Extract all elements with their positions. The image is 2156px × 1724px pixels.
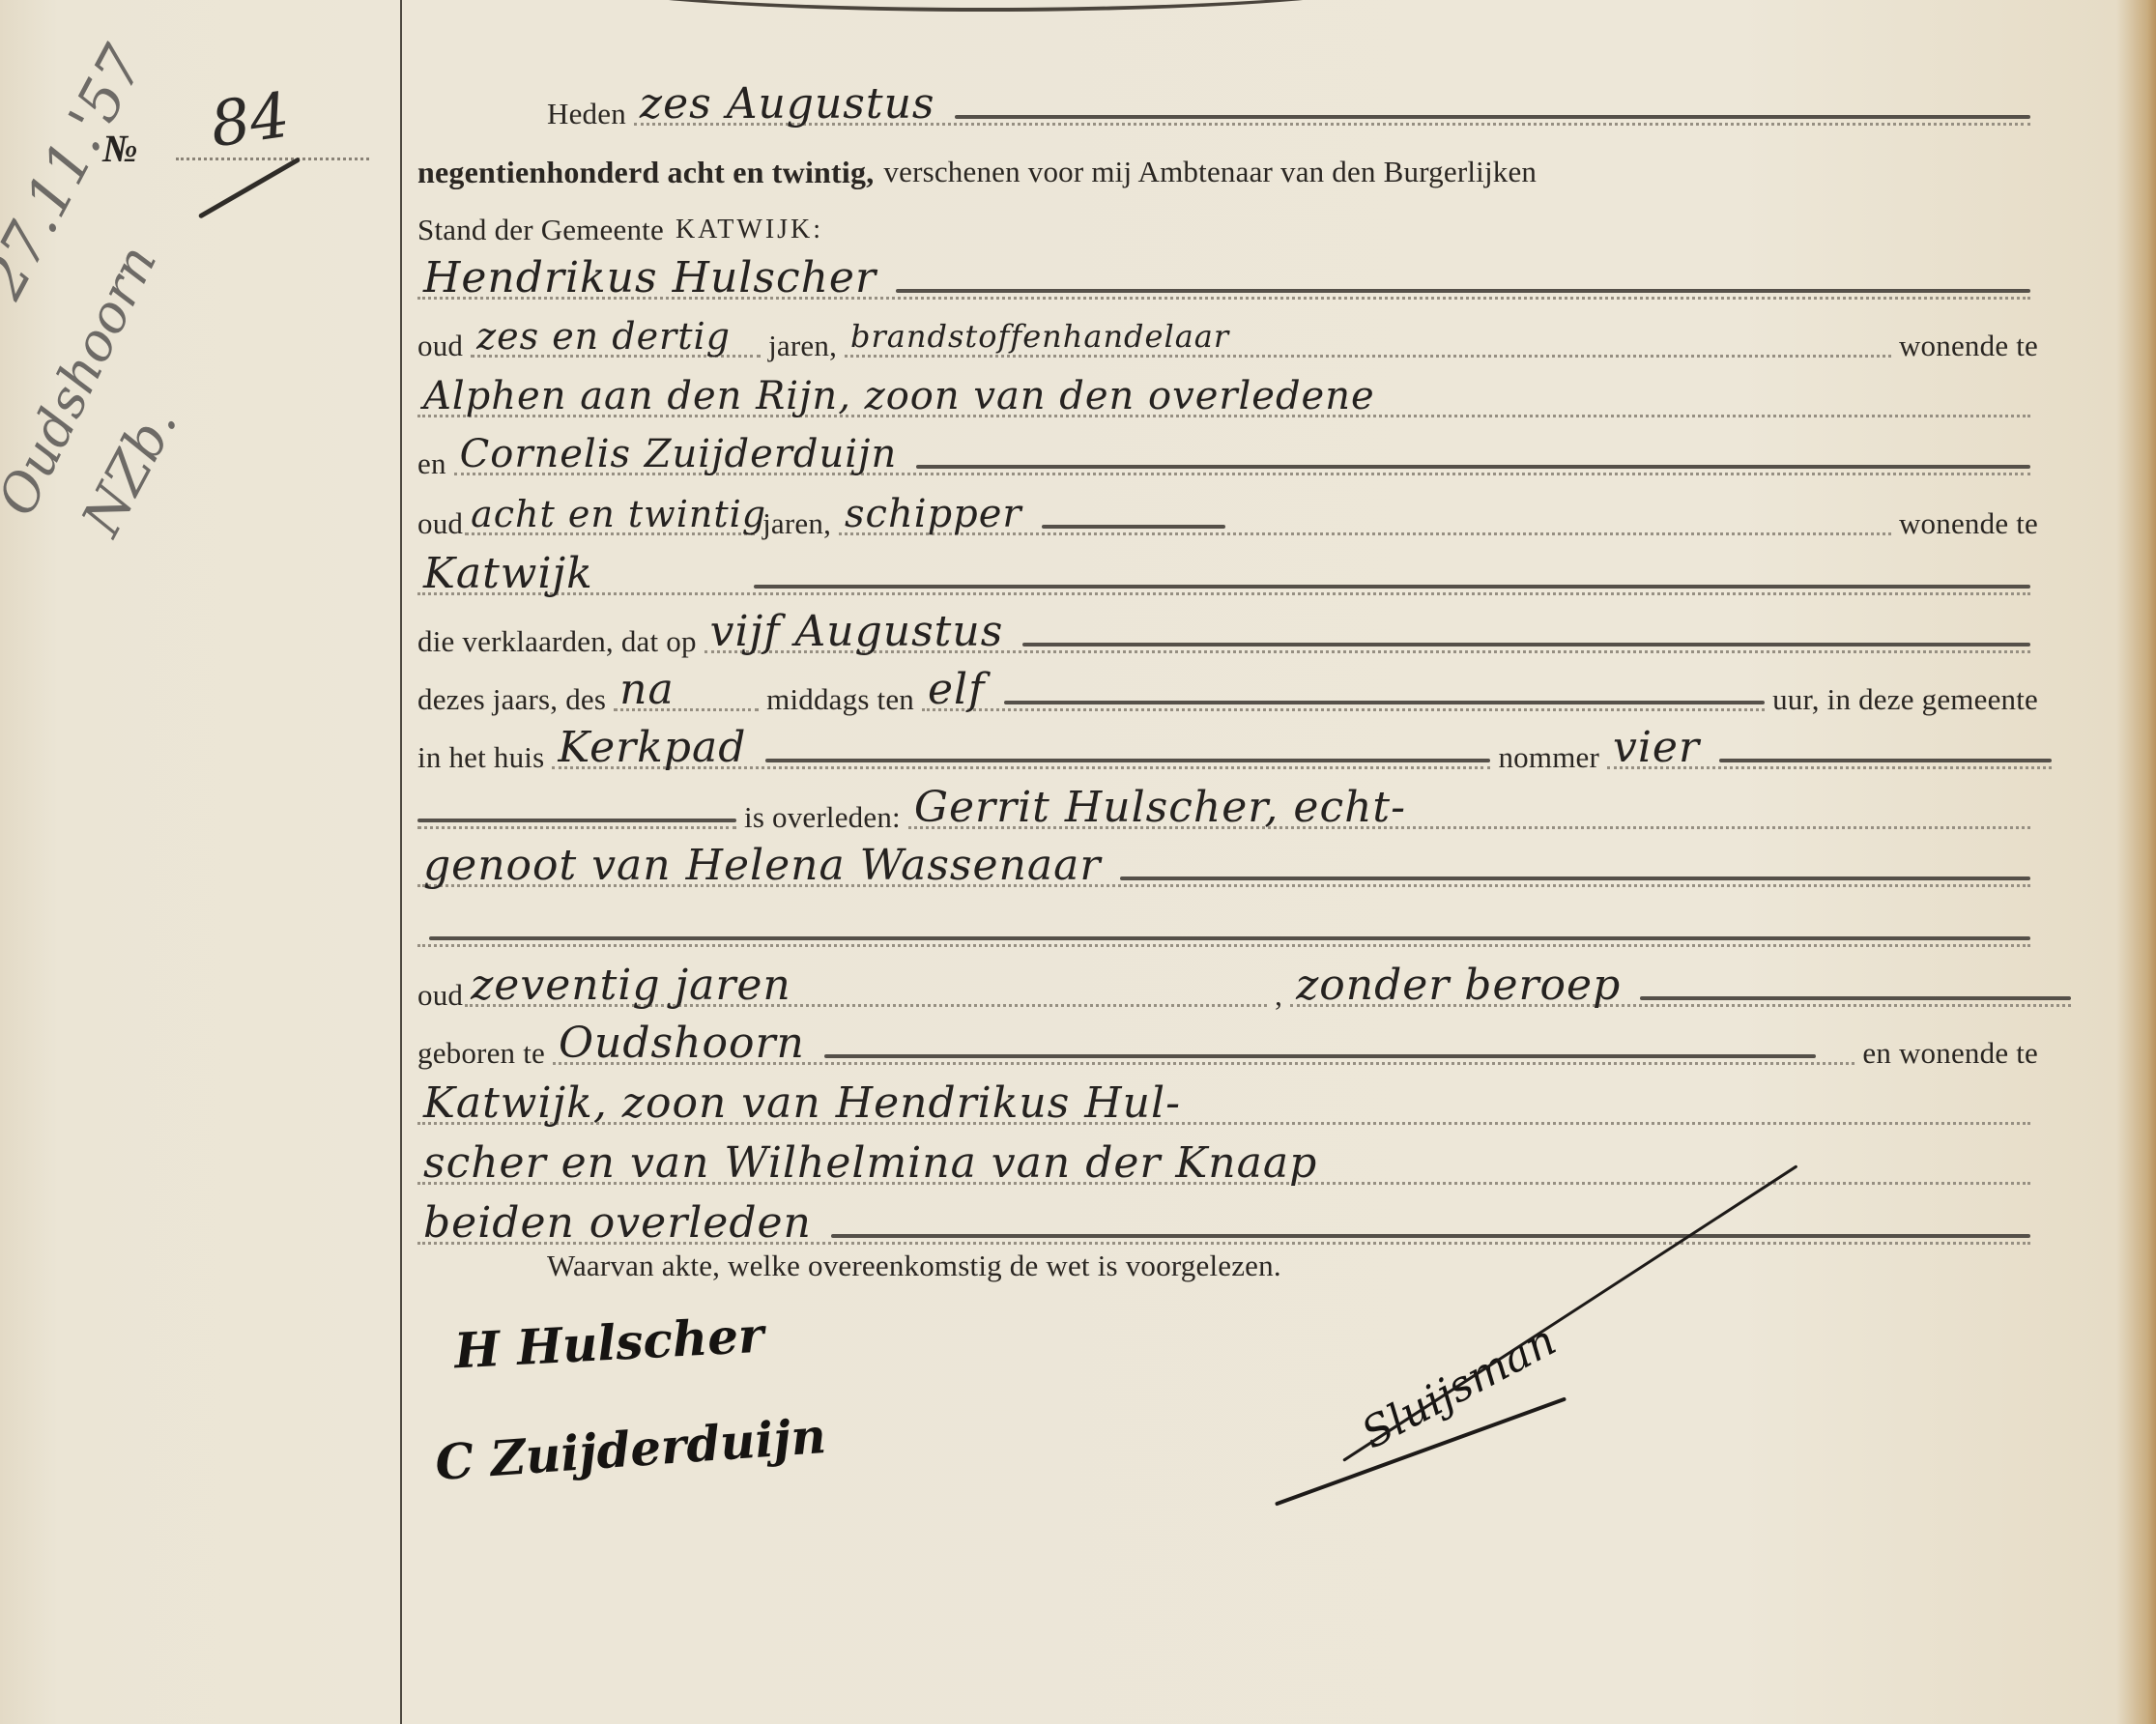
form-line-date: Heden zes Augustus — [547, 77, 2038, 133]
value-spouse: genoot van Helena Wassenaar — [417, 842, 1107, 890]
field-declarant1-age: zes en dertig — [471, 299, 761, 358]
value-deceased-occupation: zonder beroep — [1290, 962, 1626, 1010]
field-blank — [417, 888, 2030, 947]
value-declarant1-age: zes en dertig — [471, 312, 736, 360]
form-line-spouse: genoot van Helena Wassenaar — [417, 839, 2038, 895]
label-heden: Heden — [547, 95, 626, 133]
fill-dash — [1004, 701, 1765, 704]
value-death-date: vijf Augustus — [704, 608, 1010, 656]
fill-dash — [754, 585, 2030, 589]
signature-declarant-2: C Zuijderduijn — [433, 1407, 827, 1491]
margin-divider — [400, 0, 402, 1724]
field-day-month: zes Augustus — [634, 67, 2030, 126]
number-dotted-line — [176, 158, 369, 160]
form-line-house: in het huis Kerkpad nommer vier — [417, 721, 2059, 777]
fill-dash — [955, 115, 2031, 119]
field-birthplace: Oudshoorn — [553, 1006, 1854, 1065]
field-spouse: genoot van Helena Wassenaar — [417, 828, 2030, 887]
value-parents-status: beiden overleden — [417, 1199, 818, 1248]
field-declarant1-occupation: brandstoffenhandelaar — [845, 299, 1891, 358]
field-deceased-occupation: zonder beroep — [1290, 948, 2071, 1007]
value-birthplace: Oudshoorn — [553, 1020, 811, 1068]
fill-dash — [1042, 525, 1225, 529]
value-declarant1-occupation: brandstoffenhandelaar — [845, 312, 1235, 360]
field-residence-parents: Katwijk, zoon van Hendrikus Hul- — [417, 1066, 2030, 1125]
field-declarant2-age: acht en twintig — [465, 476, 755, 535]
form-line-residence-parents: Katwijk, zoon van Hendrikus Hul- — [417, 1077, 2038, 1133]
top-ornament-rule — [551, 0, 1421, 12]
field-hour: elf — [922, 652, 1765, 711]
value-day-part: na — [614, 666, 680, 714]
field-declarant1-name: Hendrikus Hulscher — [417, 241, 2030, 300]
value-deceased-age: zeventig jaren — [465, 962, 797, 1010]
form-line-birthplace: geboren te Oudshoorn en wonende te — [417, 1017, 2038, 1073]
value-declarant2-occupation: schipper — [839, 490, 1028, 538]
field-day-part: na — [614, 652, 759, 711]
field-blank — [417, 770, 736, 829]
field-declarant2-name: Cornelis Zuijderduijn — [454, 417, 2030, 475]
field-declarant1-residence: Alphen aan den Rijn, zoon van den overle… — [417, 359, 2030, 417]
value-residence-parents: Katwijk, zoon van Hendrikus Hul- — [417, 1079, 1187, 1128]
field-parents-status: beiden overleden — [417, 1186, 2030, 1245]
field-street: Kerkpad — [552, 710, 1490, 769]
fill-dash — [896, 289, 2030, 293]
fill-dash — [429, 936, 2030, 940]
field-deceased-age: zeventig jaren — [465, 948, 1267, 1007]
form-line-year: negentienhonderd acht en twintig, versch… — [417, 135, 2038, 191]
field-mother: scher en van Wilhelmina van der Knaap — [417, 1126, 2030, 1185]
fill-dash — [1022, 643, 2030, 646]
text-verschenen: verschenen voor mij Ambtenaar van den Bu… — [883, 153, 1537, 191]
field-death-date: vijf Augustus — [704, 594, 2030, 653]
fill-dash — [765, 759, 1490, 762]
value-day-month: zes Augustus — [634, 80, 941, 129]
field-declarant2-occupation: schipper — [839, 476, 1891, 535]
signature-declarant-1: H Hulscher — [453, 1307, 765, 1380]
number-underline-stroke — [198, 157, 301, 218]
form-line-declarant2-age: oud acht en twintig jaren, schipper wone… — [417, 487, 2038, 543]
fill-dash — [916, 465, 2030, 469]
value-street: Kerkpad — [552, 724, 752, 772]
value-mother: scher en van Wilhelmina van der Knaap — [417, 1139, 1323, 1188]
fill-dash — [417, 819, 736, 822]
form-line-blank — [417, 899, 2038, 955]
form-line-declarant2-name: en Cornelis Zuijderduijn — [417, 427, 2038, 483]
label-oud: oud — [417, 976, 463, 1015]
value-declarant2-name: Cornelis Zuijderduijn — [454, 430, 904, 478]
value-deceased-name: Gerrit Hulscher, echt- — [908, 784, 1412, 832]
fill-dash — [831, 1234, 2030, 1238]
value-house-number: vier — [1607, 724, 1706, 772]
fill-dash — [1640, 996, 2071, 1000]
field-house-number: vier — [1607, 710, 2052, 769]
field-declarant2-residence: Katwijk — [417, 536, 2030, 595]
fill-dash — [1719, 759, 2052, 762]
form-line-declarant1-age: oud zes en dertig jaren, brandstoffenhan… — [417, 309, 2038, 365]
field-deceased-name: Gerrit Hulscher, echt- — [908, 770, 2030, 829]
fill-dash — [1120, 876, 2030, 880]
value-declarant2-residence: Katwijk — [417, 550, 599, 598]
value-declarant2-age: acht en twintig — [465, 490, 772, 538]
value-hour: elf — [922, 666, 991, 714]
record-number: 84 — [206, 80, 294, 162]
label-year: negentienhonderd acht en twintig, — [417, 153, 874, 191]
closing-statement: Waarvan akte, welke overeenkomstig de we… — [547, 1247, 1281, 1285]
value-declarant1-residence: Alphen aan den Rijn, zoon van den overle… — [417, 372, 1381, 420]
fill-dash — [824, 1054, 1817, 1058]
label-en: en — [417, 445, 446, 483]
form-line-parents-status: beiden overleden — [417, 1196, 2038, 1252]
value-declarant1-name: Hendrikus Hulscher — [417, 254, 882, 302]
